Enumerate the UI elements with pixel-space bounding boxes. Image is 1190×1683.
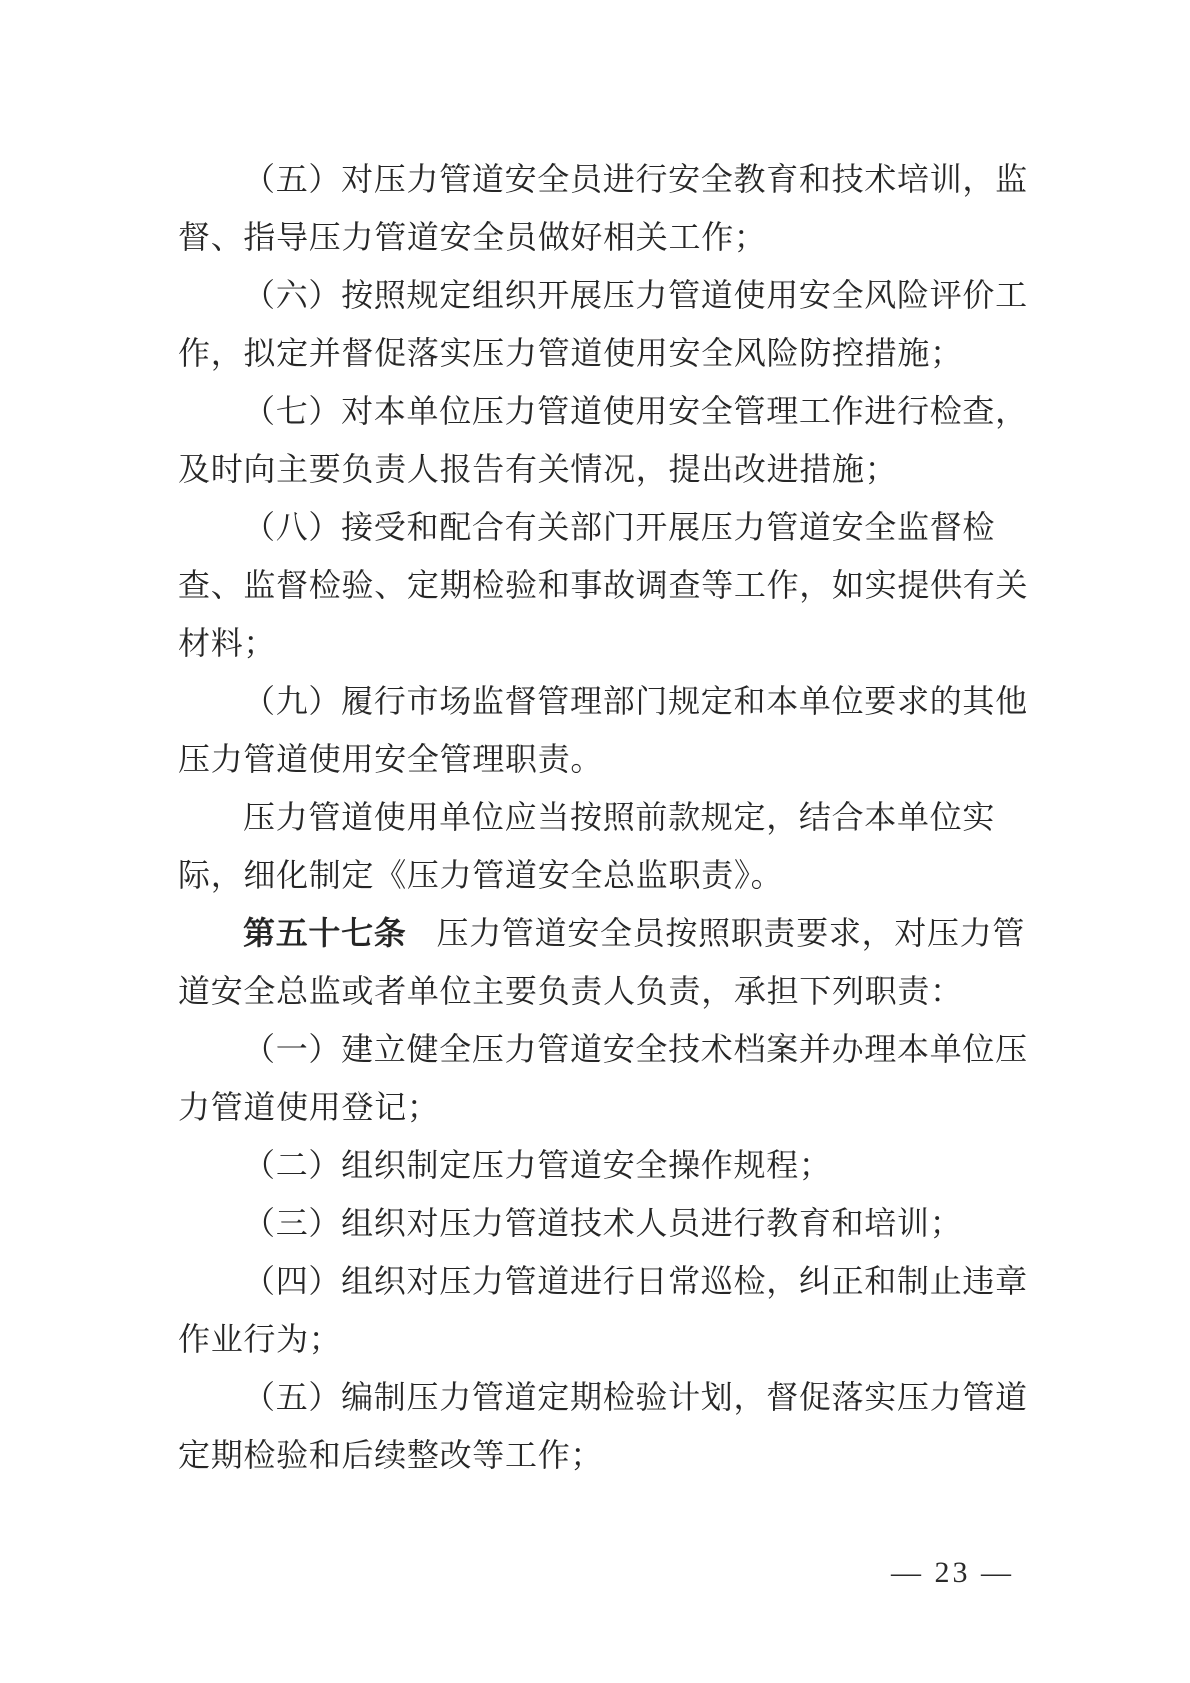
- document-page: （五）对压力管道安全员进行安全教育和技术培训，监督、指导压力管道安全员做好相关工…: [0, 0, 1190, 1683]
- document-line: 定期检验和后续整改等工作；: [178, 1426, 1034, 1484]
- article-number: 第五十七条: [243, 915, 407, 951]
- document-line: 际，细化制定《压力管道安全总监职责》。: [178, 846, 1034, 904]
- document-body: （五）对压力管道安全员进行安全教育和技术培训，监督、指导压力管道安全员做好相关工…: [178, 150, 1034, 1484]
- document-line: 压力管道使用单位应当按照前款规定，结合本单位实: [178, 788, 1034, 846]
- document-line: （八）接受和配合有关部门开展压力管道安全监督检: [178, 498, 1034, 556]
- document-line: 道安全总监或者单位主要负责人负责，承担下列职责：: [178, 962, 1034, 1020]
- document-line: 查、监督检验、定期检验和事故调查等工作，如实提供有关: [178, 556, 1034, 614]
- document-line: （一）建立健全压力管道安全技术档案并办理本单位压: [178, 1020, 1034, 1078]
- document-line: 作，拟定并督促落实压力管道使用安全风险防控措施；: [178, 324, 1034, 382]
- document-line: 第五十七条压力管道安全员按照职责要求，对压力管: [178, 904, 1034, 962]
- document-line: （九）履行市场监督管理部门规定和本单位要求的其他: [178, 672, 1034, 730]
- document-line: 及时向主要负责人报告有关情况，提出改进措施；: [178, 440, 1034, 498]
- document-line: （五）对压力管道安全员进行安全教育和技术培训，监: [178, 150, 1034, 208]
- document-line: 作业行为；: [178, 1310, 1034, 1368]
- document-line: （四）组织对压力管道进行日常巡检，纠正和制止违章: [178, 1252, 1034, 1310]
- document-line: 力管道使用登记；: [178, 1078, 1034, 1136]
- document-line: 压力管道使用安全管理职责。: [178, 730, 1034, 788]
- document-line: 督、指导压力管道安全员做好相关工作；: [178, 208, 1034, 266]
- document-line: （六）按照规定组织开展压力管道使用安全风险评价工: [178, 266, 1034, 324]
- document-line: （七）对本单位压力管道使用安全管理工作进行检查，: [178, 382, 1034, 440]
- page-number: — 23 —: [891, 1556, 1014, 1590]
- document-line: （五）编制压力管道定期检验计划，督促落实压力管道: [178, 1368, 1034, 1426]
- document-line: 材料；: [178, 614, 1034, 672]
- document-line: （三）组织对压力管道技术人员进行教育和培训；: [178, 1194, 1034, 1252]
- document-line: （二）组织制定压力管道安全操作规程；: [178, 1136, 1034, 1194]
